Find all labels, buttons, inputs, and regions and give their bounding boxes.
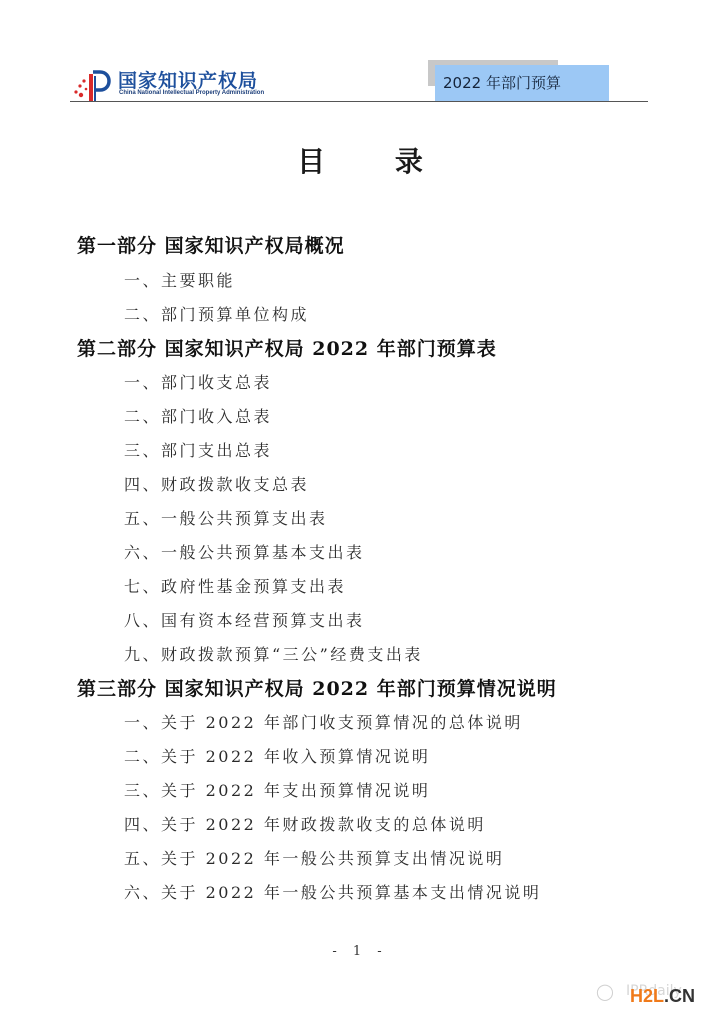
toc-item[interactable]: 三、部门支出总表 [124,438,272,461]
toc-item[interactable]: 一、主要职能 [124,268,235,291]
logo-name-cn: 国家知识产权局 [118,66,258,93]
toc-item[interactable]: 三、关于 2022 年支出预算情况说明 [124,778,430,801]
watermark: ◯ IPRdaily H2L.CN [596,980,716,1010]
page-number: - 1 - [0,944,720,959]
toc-item[interactable]: 九、财政拨款预算“三公”经费支出表 [124,642,423,665]
cnipa-emblem-icon [72,68,116,102]
toc-item[interactable]: 六、一般公共预算基本支出表 [124,540,365,563]
toc-item[interactable]: 二、关于 2022 年收入预算情况说明 [124,744,430,767]
wechat-icon: ◯ [596,982,614,1001]
toc-item[interactable]: 二、部门预算单位构成 [124,302,309,325]
toc-item[interactable]: 四、财政拨款收支总表 [124,472,309,495]
toc-item[interactable]: 二、部门收入总表 [124,404,272,427]
page-header: 国家知识产权局 China National Intellectual Prop… [0,0,720,110]
header-divider [70,101,648,102]
toc-item[interactable]: 八、国有资本经营预算支出表 [124,608,365,631]
header-tag-label: 2022 年部门预算 [443,72,561,93]
cnipa-logo: 国家知识产权局 China National Intellectual Prop… [72,66,277,102]
page-title: 目 录 [0,140,720,180]
toc-part-1[interactable]: 第一部分 国家知识产权局概况 [77,231,345,258]
logo-name-en: China National Intellectual Property Adm… [119,90,264,96]
toc-item[interactable]: 一、关于 2022 年部门收支预算情况的总体说明 [124,710,523,733]
toc-item[interactable]: 一、部门收支总表 [124,370,272,393]
watermark-brand-orange: H2L [630,986,664,1006]
toc-part-2[interactable]: 第二部分 国家知识产权局 2022 年部门预算表 [77,334,497,361]
toc-item[interactable]: 五、关于 2022 年一般公共预算支出情况说明 [124,846,504,869]
watermark-brand: H2L.CN [630,986,695,1007]
toc-item[interactable]: 四、关于 2022 年财政拨款收支的总体说明 [124,812,486,835]
toc-part-3[interactable]: 第三部分 国家知识产权局 2022 年部门预算情况说明 [77,674,557,701]
watermark-brand-dark: .CN [664,986,695,1006]
toc-item[interactable]: 五、一般公共预算支出表 [124,506,328,529]
toc-item[interactable]: 七、政府性基金预算支出表 [124,574,346,597]
toc-item[interactable]: 六、关于 2022 年一般公共预算基本支出情况说明 [124,880,541,903]
